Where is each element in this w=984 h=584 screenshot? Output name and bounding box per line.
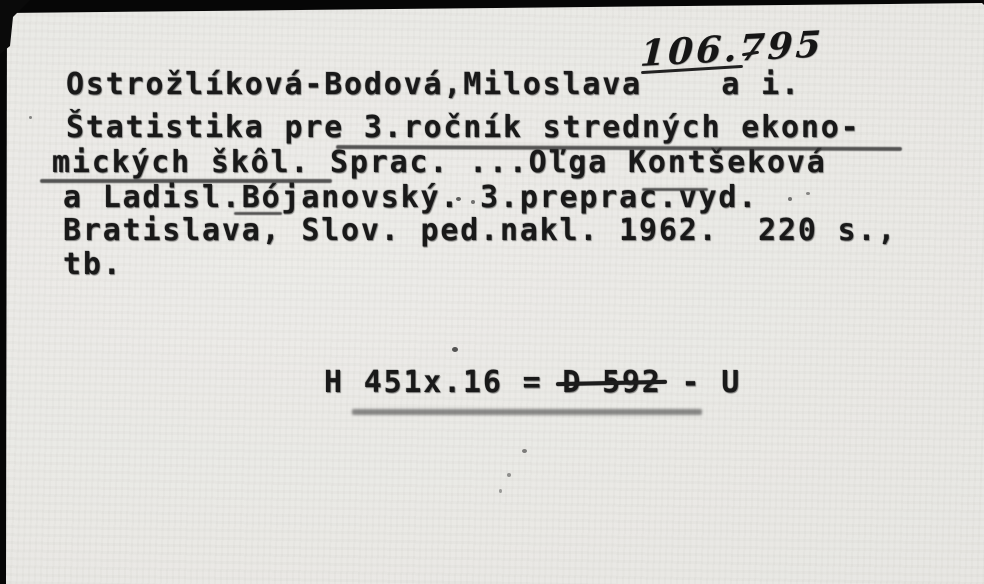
ink-speck <box>29 116 32 119</box>
call-number-line: H 451x.16 = D 592 - U <box>324 368 741 398</box>
ink-speck <box>499 489 502 493</box>
title-line-2: mických škôl. Sprac. ...Oľga Kontšeková <box>52 148 827 178</box>
imprint-line: Bratislava, Slov. ped.nakl. 1962. 220 s.… <box>63 216 897 246</box>
collation-line: tb. <box>63 250 123 280</box>
ink-speck <box>452 347 458 352</box>
name-underline-mark-1 <box>642 188 708 191</box>
ink-speck <box>507 473 511 477</box>
ink-speck <box>471 200 475 204</box>
ink-speck <box>522 449 527 453</box>
title-line-1: Štatistika pre 3.ročník stredných ekono- <box>66 113 860 143</box>
call-number-struck: D 592 <box>562 368 661 398</box>
ink-speck <box>806 192 810 195</box>
call-number-left: H 451x.16 = <box>324 365 562 400</box>
name-underline-mark-2 <box>234 212 282 215</box>
ink-speck <box>788 197 792 201</box>
author-line: Ostrožlíková-Bodová,Miloslava a i. <box>66 70 801 100</box>
scanned-catalog-card: 106.795 Ostrožlíková-Bodová,Miloslava a … <box>0 0 984 584</box>
ink-speck <box>456 197 461 201</box>
title-underline-mark-2 <box>40 179 332 183</box>
call-number-underline-mark <box>352 409 702 415</box>
call-number-right: - U <box>662 365 741 400</box>
